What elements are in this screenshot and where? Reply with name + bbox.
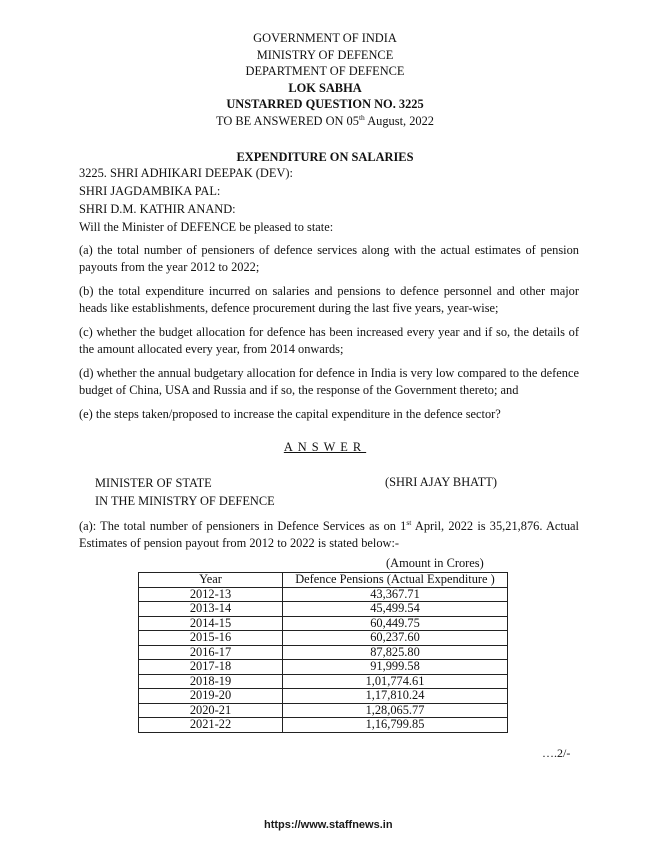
question-part-a: (a) the total number of pensioners of de… bbox=[79, 242, 579, 276]
cell-year: 2020-21 bbox=[139, 703, 283, 718]
asker: SHRI D.M. KATHIR ANAND: bbox=[79, 201, 293, 219]
question-subject: EXPENDITURE ON SALARIES bbox=[0, 150, 650, 165]
cell-year: 2017-18 bbox=[139, 660, 283, 675]
header-question-number: UNSTARRED QUESTION NO. 3225 bbox=[0, 96, 650, 113]
amount-unit-note: (Amount in Crores) bbox=[386, 556, 484, 571]
table-row: 2019-201,17,810.24 bbox=[139, 689, 508, 704]
question-part-e: (e) the steps taken/proposed to increase… bbox=[79, 406, 579, 423]
cell-pension-amount: 1,01,774.61 bbox=[283, 674, 508, 689]
cell-year: 2015-16 bbox=[139, 631, 283, 646]
cell-year: 2012-13 bbox=[139, 587, 283, 602]
table-row: 2016-1787,825.80 bbox=[139, 645, 508, 660]
minister-designation: MINISTER OF STATE IN THE MINISTRY OF DEF… bbox=[95, 475, 275, 511]
cell-year: 2013-14 bbox=[139, 602, 283, 617]
header-department: DEPARTMENT OF DEFENCE bbox=[0, 63, 650, 80]
answer-heading: ANSWER bbox=[0, 440, 650, 455]
question-part-d: (d) whether the annual budgetary allocat… bbox=[79, 365, 579, 399]
table-row: 2014-1560,449.75 bbox=[139, 616, 508, 631]
askers-list: 3225. SHRI ADHIKARI DEEPAK (DEV): SHRI J… bbox=[79, 165, 293, 218]
page-continuation: ….2/- bbox=[542, 746, 570, 761]
asker: SHRI JAGDAMBIKA PAL: bbox=[79, 183, 293, 201]
document-header: GOVERNMENT OF INDIA MINISTRY OF DEFENCE … bbox=[0, 30, 650, 129]
cell-pension-amount: 43,367.71 bbox=[283, 587, 508, 602]
header-ministry: MINISTRY OF DEFENCE bbox=[0, 47, 650, 64]
asker: 3225. SHRI ADHIKARI DEEPAK (DEV): bbox=[79, 165, 293, 183]
footer-url: https://www.staffnews.in bbox=[264, 819, 393, 831]
table-header-row: Year Defence Pensions (Actual Expenditur… bbox=[139, 573, 508, 588]
table-row: 2021-221,16,799.85 bbox=[139, 718, 508, 733]
question-part-c: (c) whether the budget allocation for de… bbox=[79, 324, 579, 358]
table-row: 2015-1660,237.60 bbox=[139, 631, 508, 646]
cell-pension-amount: 1,16,799.85 bbox=[283, 718, 508, 733]
cell-year: 2016-17 bbox=[139, 645, 283, 660]
question-intro: Will the Minister of DEFENCE be pleased … bbox=[79, 219, 579, 236]
column-header-year: Year bbox=[139, 573, 283, 588]
table-row: 2013-1445,499.54 bbox=[139, 602, 508, 617]
table-row: 2018-191,01,774.61 bbox=[139, 674, 508, 689]
cell-year: 2021-22 bbox=[139, 718, 283, 733]
answer-part-a: (a): The total number of pensioners in D… bbox=[79, 518, 579, 552]
question-part-b: (b) the total expenditure incurred on sa… bbox=[79, 283, 579, 317]
table-row: 2017-1891,999.58 bbox=[139, 660, 508, 675]
cell-pension-amount: 91,999.58 bbox=[283, 660, 508, 675]
header-answer-date: TO BE ANSWERED ON 05th August, 2022 bbox=[0, 113, 650, 130]
cell-pension-amount: 60,237.60 bbox=[283, 631, 508, 646]
header-house: LOK SABHA bbox=[0, 80, 650, 97]
cell-pension-amount: 87,825.80 bbox=[283, 645, 508, 660]
table-row: 2012-1343,367.71 bbox=[139, 587, 508, 602]
column-header-pensions: Defence Pensions (Actual Expenditure ) bbox=[283, 573, 508, 588]
pension-expenditure-table: Year Defence Pensions (Actual Expenditur… bbox=[138, 572, 508, 733]
minister-name: (SHRI AJAY BHATT) bbox=[385, 475, 497, 490]
table-row: 2020-211,28,065.77 bbox=[139, 703, 508, 718]
header-government: GOVERNMENT OF INDIA bbox=[0, 30, 650, 47]
cell-year: 2014-15 bbox=[139, 616, 283, 631]
cell-year: 2019-20 bbox=[139, 689, 283, 704]
cell-pension-amount: 45,499.54 bbox=[283, 602, 508, 617]
cell-pension-amount: 1,17,810.24 bbox=[283, 689, 508, 704]
cell-year: 2018-19 bbox=[139, 674, 283, 689]
cell-pension-amount: 60,449.75 bbox=[283, 616, 508, 631]
cell-pension-amount: 1,28,065.77 bbox=[283, 703, 508, 718]
